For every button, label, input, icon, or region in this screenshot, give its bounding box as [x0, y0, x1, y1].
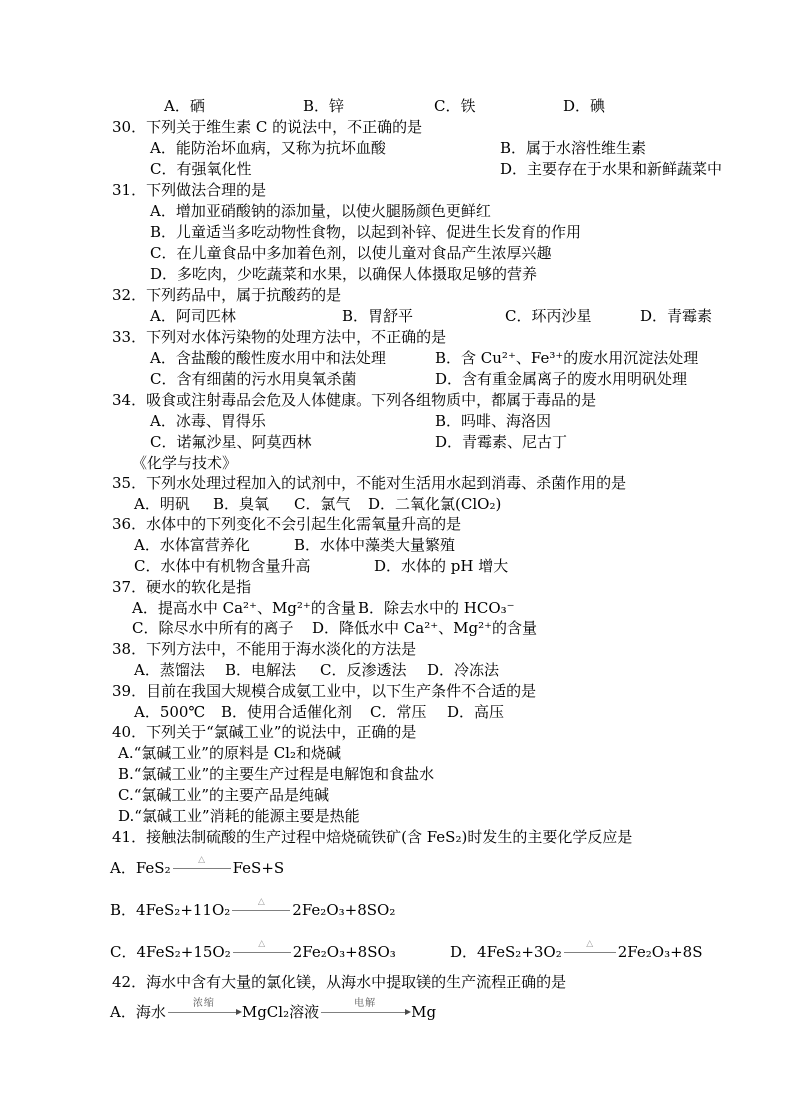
- stem-text: 34．吸食或注射毒品会危及人体健康。下列各组物质中，都属于毒品的是: [112, 390, 596, 410]
- question-30-stem: 30．下列关于维生素 C 的说法中，不正确的是: [0, 117, 790, 138]
- option-b: B．水体中藻类大量繁殖: [294, 535, 455, 555]
- stem-text: 37．硬水的软化是指: [112, 577, 251, 597]
- heat-triangle-symbol: △: [258, 940, 265, 949]
- stem-text: 42．海水中含有大量的氯化镁，从海水中提取镁的生产流程正确的是: [112, 972, 566, 992]
- stem-text: 36．水体中的下列变化不会引起生化需氧量升高的是: [112, 514, 461, 534]
- option-a: A．增加亚硝酸钠的添加量，以使火腿肠颜色更鲜红: [150, 201, 491, 221]
- option-b: B．锌: [303, 96, 344, 116]
- question-41-stem: 41．接触法制硫酸的生产过程中焙烧硫铁矿(含 FeS₂)时发生的主要化学反应是: [0, 827, 790, 848]
- option-d: D．青霉素、尼古丁: [435, 432, 567, 452]
- question-37-stem: 37．硬水的软化是指: [0, 577, 790, 598]
- option-d: D．降低水中 Ca²⁺、Mg²⁺的含量: [312, 618, 537, 638]
- flow-arrow: 浓缩: [168, 1012, 240, 1013]
- stem-text: 35．下列水处理过程加入的试剂中，不能对生活用水起到消毒、杀菌作用的是: [112, 473, 626, 493]
- equation-a-group: A．FeS₂△FeS+S: [110, 858, 284, 878]
- option-c: C．反渗透法: [320, 660, 406, 680]
- option-b: B．吗啡、海洛因: [435, 411, 551, 431]
- option-a: A．冰毒、胃得乐: [150, 411, 266, 431]
- option-b: B．属于水溶性维生素: [500, 138, 646, 158]
- option-c: C．水体中有机物含量升高: [134, 556, 310, 576]
- question-36-options-row-1: A．水体富营养化B．水体中藻类大量繁殖: [0, 535, 790, 556]
- option-c: C．有强氧化性: [150, 159, 251, 179]
- question-37-options-row-1: A．提高水中 Ca²⁺、Mg²⁺的含量B．除去水中的 HCO₃⁻: [0, 598, 790, 619]
- option-d: D．含有重金属离子的废水用明矾处理: [435, 369, 687, 389]
- arrow-label: 电解: [354, 999, 376, 1009]
- question-36-stem: 36．水体中的下列变化不会引起生化需氧量升高的是: [0, 514, 790, 535]
- option-a: A．硒: [164, 96, 205, 116]
- stem-text: 39．目前在我国大规模合成氨工业中，以下生产条件不合适的是: [112, 681, 536, 701]
- option-c: C．氯气: [294, 494, 350, 514]
- equation-d-group: D．4FeS₂+3O₂△2Fe₂O₃+8S: [450, 942, 702, 962]
- option-a: A．水体富营养化: [134, 535, 250, 555]
- heat-triangle-symbol: △: [258, 898, 265, 907]
- formula-text: A．海水: [110, 1003, 166, 1021]
- question-38-options-row: A．蒸馏法B．电解法C．反渗透法D．冷冻法: [0, 660, 790, 681]
- option-c: C．含有细菌的污水用臭氧杀菌: [150, 369, 356, 389]
- stem-text: 38．下列方法中，不能用于海水淡化的方法是: [112, 639, 416, 659]
- heading-text: 《化学与技术》: [132, 453, 237, 473]
- option-c: C．诺氟沙星、阿莫西林: [150, 432, 311, 452]
- option-d: D．主要存在于水果和新鲜蔬菜中: [500, 159, 722, 179]
- stem-text: 31．下列做法合理的是: [112, 180, 266, 200]
- arrowhead-icon: [236, 1009, 242, 1015]
- question-40-stem: 40．下列关于“氯碱工业”的说法中，正确的是: [0, 722, 790, 743]
- question-35-stem: 35．下列水处理过程加入的试剂中，不能对生活用水起到消毒、杀菌作用的是: [0, 473, 790, 494]
- heat-condition-line: △: [233, 952, 291, 953]
- question-42-option-a: A．海水浓缩MgCl₂溶液电解Mg: [0, 1002, 790, 1023]
- option-d: D.“氯碱工业”消耗的能源主要是热能: [118, 806, 360, 826]
- heat-triangle-symbol: △: [198, 856, 205, 865]
- equation-b-group: B．4FeS₂+11O₂△2Fe₂O₃+8SO₂: [110, 900, 395, 920]
- option-a: A．能防治坏血病，又称为抗坏血酸: [150, 138, 386, 158]
- option-a: A．提高水中 Ca²⁺、Mg²⁺的含量: [132, 598, 356, 618]
- question-30-options-row-1: A．能防治坏血病，又称为抗坏血酸B．属于水溶性维生素: [0, 138, 790, 159]
- stem-text: 40．下列关于“氯碱工业”的说法中，正确的是: [112, 722, 416, 742]
- question-33-options-row-1: A．含盐酸的酸性废水用中和法处理B．含 Cu²⁺、Fe³⁺的废水用沉淀法处理: [0, 348, 790, 369]
- formula-text: D．4FeS₂+3O₂: [450, 943, 562, 961]
- question-40-option-a: A.“氯碱工业”的原料是 Cl₂和烧碱: [0, 743, 790, 764]
- question-40-option-b: B.“氯碱工业”的主要生产过程是电解饱和食盐水: [0, 764, 790, 785]
- option-d: D．碘: [563, 96, 605, 116]
- section-heading: 《化学与技术》: [0, 453, 790, 474]
- option-b: B．含 Cu²⁺、Fe³⁺的废水用沉淀法处理: [435, 348, 698, 368]
- option-d: D．多吃肉，少吃蔬菜和水果，以确保人体摄取足够的营养: [150, 264, 537, 284]
- formula-text: Mg: [411, 1003, 436, 1021]
- question-31-option-c: C．在儿童食品中多加着色剂，以使儿童对食品产生浓厚兴趣: [0, 243, 790, 264]
- option-b: B．臭氧: [213, 494, 269, 514]
- question-29-options-row: A．硒B．锌C．铁D．碘: [0, 96, 790, 117]
- question-41-option-b: B．4FeS₂+11O₂△2Fe₂O₃+8SO₂: [0, 900, 790, 921]
- question-37-options-row-2: C．除尽水中所有的离子D．降低水中 Ca²⁺、Mg²⁺的含量: [0, 618, 790, 639]
- option-d: D．高压: [447, 702, 504, 722]
- option-a: A．蒸馏法: [134, 660, 205, 680]
- formula-text: A．FeS₂: [110, 859, 171, 877]
- heat-condition-line: △: [173, 868, 231, 869]
- question-31-option-a: A．增加亚硝酸钠的添加量，以使火腿肠颜色更鲜红: [0, 201, 790, 222]
- heat-triangle-symbol: △: [586, 940, 593, 949]
- heat-condition-line: △: [564, 952, 616, 953]
- formula-text: C．4FeS₂+15O₂: [110, 943, 231, 961]
- stem-text: 30．下列关于维生素 C 的说法中，不正确的是: [112, 117, 422, 137]
- question-32-stem: 32．下列药品中，属于抗酸药的是: [0, 285, 790, 306]
- option-b: B．电解法: [225, 660, 296, 680]
- question-41-options-c-d: C．4FeS₂+15O₂△2Fe₂O₃+8SO₃D．4FeS₂+3O₂△2Fe₂…: [0, 942, 790, 963]
- question-38-stem: 38．下列方法中，不能用于海水淡化的方法是: [0, 639, 790, 660]
- option-b: B.“氯碱工业”的主要生产过程是电解饱和食盐水: [118, 764, 434, 784]
- document-page: A．硒B．锌C．铁D．碘30．下列关于维生素 C 的说法中，不正确的是A．能防治…: [0, 0, 790, 1119]
- question-36-options-row-2: C．水体中有机物含量升高D．水体的 pH 增大: [0, 556, 790, 577]
- heat-condition-line: △: [232, 910, 290, 911]
- option-a: A．500℃: [134, 702, 205, 722]
- formula-text: MgCl₂溶液: [242, 1003, 319, 1021]
- formula-text: 2Fe₂O₃+8SO₂: [292, 901, 395, 919]
- question-34-options-row-2: C．诺氟沙星、阿莫西林D．青霉素、尼古丁: [0, 432, 790, 453]
- question-39-options-row: A．500℃B．使用合适催化剂C．常压D．高压: [0, 702, 790, 723]
- option-c: C．除尽水中所有的离子: [132, 618, 293, 638]
- question-42-stem: 42．海水中含有大量的氯化镁，从海水中提取镁的生产流程正确的是: [0, 972, 790, 993]
- question-33-stem: 33．下列对水体污染物的处理方法中，不正确的是: [0, 327, 790, 348]
- question-31-option-d: D．多吃肉，少吃蔬菜和水果，以确保人体摄取足够的营养: [0, 264, 790, 285]
- question-33-options-row-2: C．含有细菌的污水用臭氧杀菌D．含有重金属离子的废水用明矾处理: [0, 369, 790, 390]
- question-31-option-b: B．儿童适当多吃动物性食物，以起到补锌、促进生长发育的作用: [0, 222, 790, 243]
- option-a: A．含盐酸的酸性废水用中和法处理: [150, 348, 386, 368]
- option-d: D．冷冻法: [427, 660, 499, 680]
- option-c: C．环丙沙星: [505, 306, 591, 326]
- option-d: D．水体的 pH 增大: [374, 556, 508, 576]
- option-d: D．青霉素: [640, 306, 712, 326]
- option-c: C．常压: [370, 702, 426, 722]
- option-c: C.“氯碱工业”的主要产品是纯碱: [118, 785, 329, 805]
- option-a: A.“氯碱工业”的原料是 Cl₂和烧碱: [118, 743, 341, 763]
- equation-c-group: C．4FeS₂+15O₂△2Fe₂O₃+8SO₃: [110, 942, 396, 962]
- option-a: A．阿司匹林: [150, 306, 236, 326]
- stem-text: 33．下列对水体污染物的处理方法中，不正确的是: [112, 327, 446, 347]
- option-c: C．铁: [434, 96, 475, 116]
- question-41-option-a: A．FeS₂△FeS+S: [0, 858, 790, 879]
- option-b: B．除去水中的 HCO₃⁻: [358, 598, 515, 618]
- question-32-options-row: A．阿司匹林B．胃舒平C．环丙沙星D．青霉素: [0, 306, 790, 327]
- option-b: B．儿童适当多吃动物性食物，以起到补锌、促进生长发育的作用: [150, 222, 581, 242]
- option-b: B．胃舒平: [342, 306, 413, 326]
- question-34-stem: 34．吸食或注射毒品会危及人体健康。下列各组物质中，都属于毒品的是: [0, 390, 790, 411]
- option-c: C．在儿童食品中多加着色剂，以使儿童对食品产生浓厚兴趣: [150, 243, 551, 263]
- stem-text: 32．下列药品中，属于抗酸药的是: [112, 285, 341, 305]
- flow-arrow: 电解: [321, 1012, 409, 1013]
- arrowhead-icon: [405, 1009, 411, 1015]
- question-40-option-c: C.“氯碱工业”的主要产品是纯碱: [0, 785, 790, 806]
- option-b: B．使用合适催化剂: [221, 702, 352, 722]
- option-d: D．二氧化氯(ClO₂): [368, 494, 501, 514]
- option-a: A．明矾: [134, 494, 190, 514]
- arrow-label: 浓缩: [193, 999, 215, 1009]
- flow-diagram-group: A．海水浓缩MgCl₂溶液电解Mg: [110, 1002, 436, 1022]
- stem-text: 41．接触法制硫酸的生产过程中焙烧硫铁矿(含 FeS₂)时发生的主要化学反应是: [112, 827, 632, 847]
- formula-text: B．4FeS₂+11O₂: [110, 901, 230, 919]
- question-34-options-row-1: A．冰毒、胃得乐B．吗啡、海洛因: [0, 411, 790, 432]
- question-30-options-row-2: C．有强氧化性D．主要存在于水果和新鲜蔬菜中: [0, 159, 790, 180]
- question-40-option-d: D.“氯碱工业”消耗的能源主要是热能: [0, 806, 790, 827]
- question-39-stem: 39．目前在我国大规模合成氨工业中，以下生产条件不合适的是: [0, 681, 790, 702]
- question-31-stem: 31．下列做法合理的是: [0, 180, 790, 201]
- formula-text: FeS+S: [233, 859, 285, 877]
- question-35-options-row: A．明矾B．臭氧C．氯气D．二氧化氯(ClO₂): [0, 494, 790, 515]
- formula-text: 2Fe₂O₃+8S: [618, 943, 703, 961]
- formula-text: 2Fe₂O₃+8SO₃: [293, 943, 396, 961]
